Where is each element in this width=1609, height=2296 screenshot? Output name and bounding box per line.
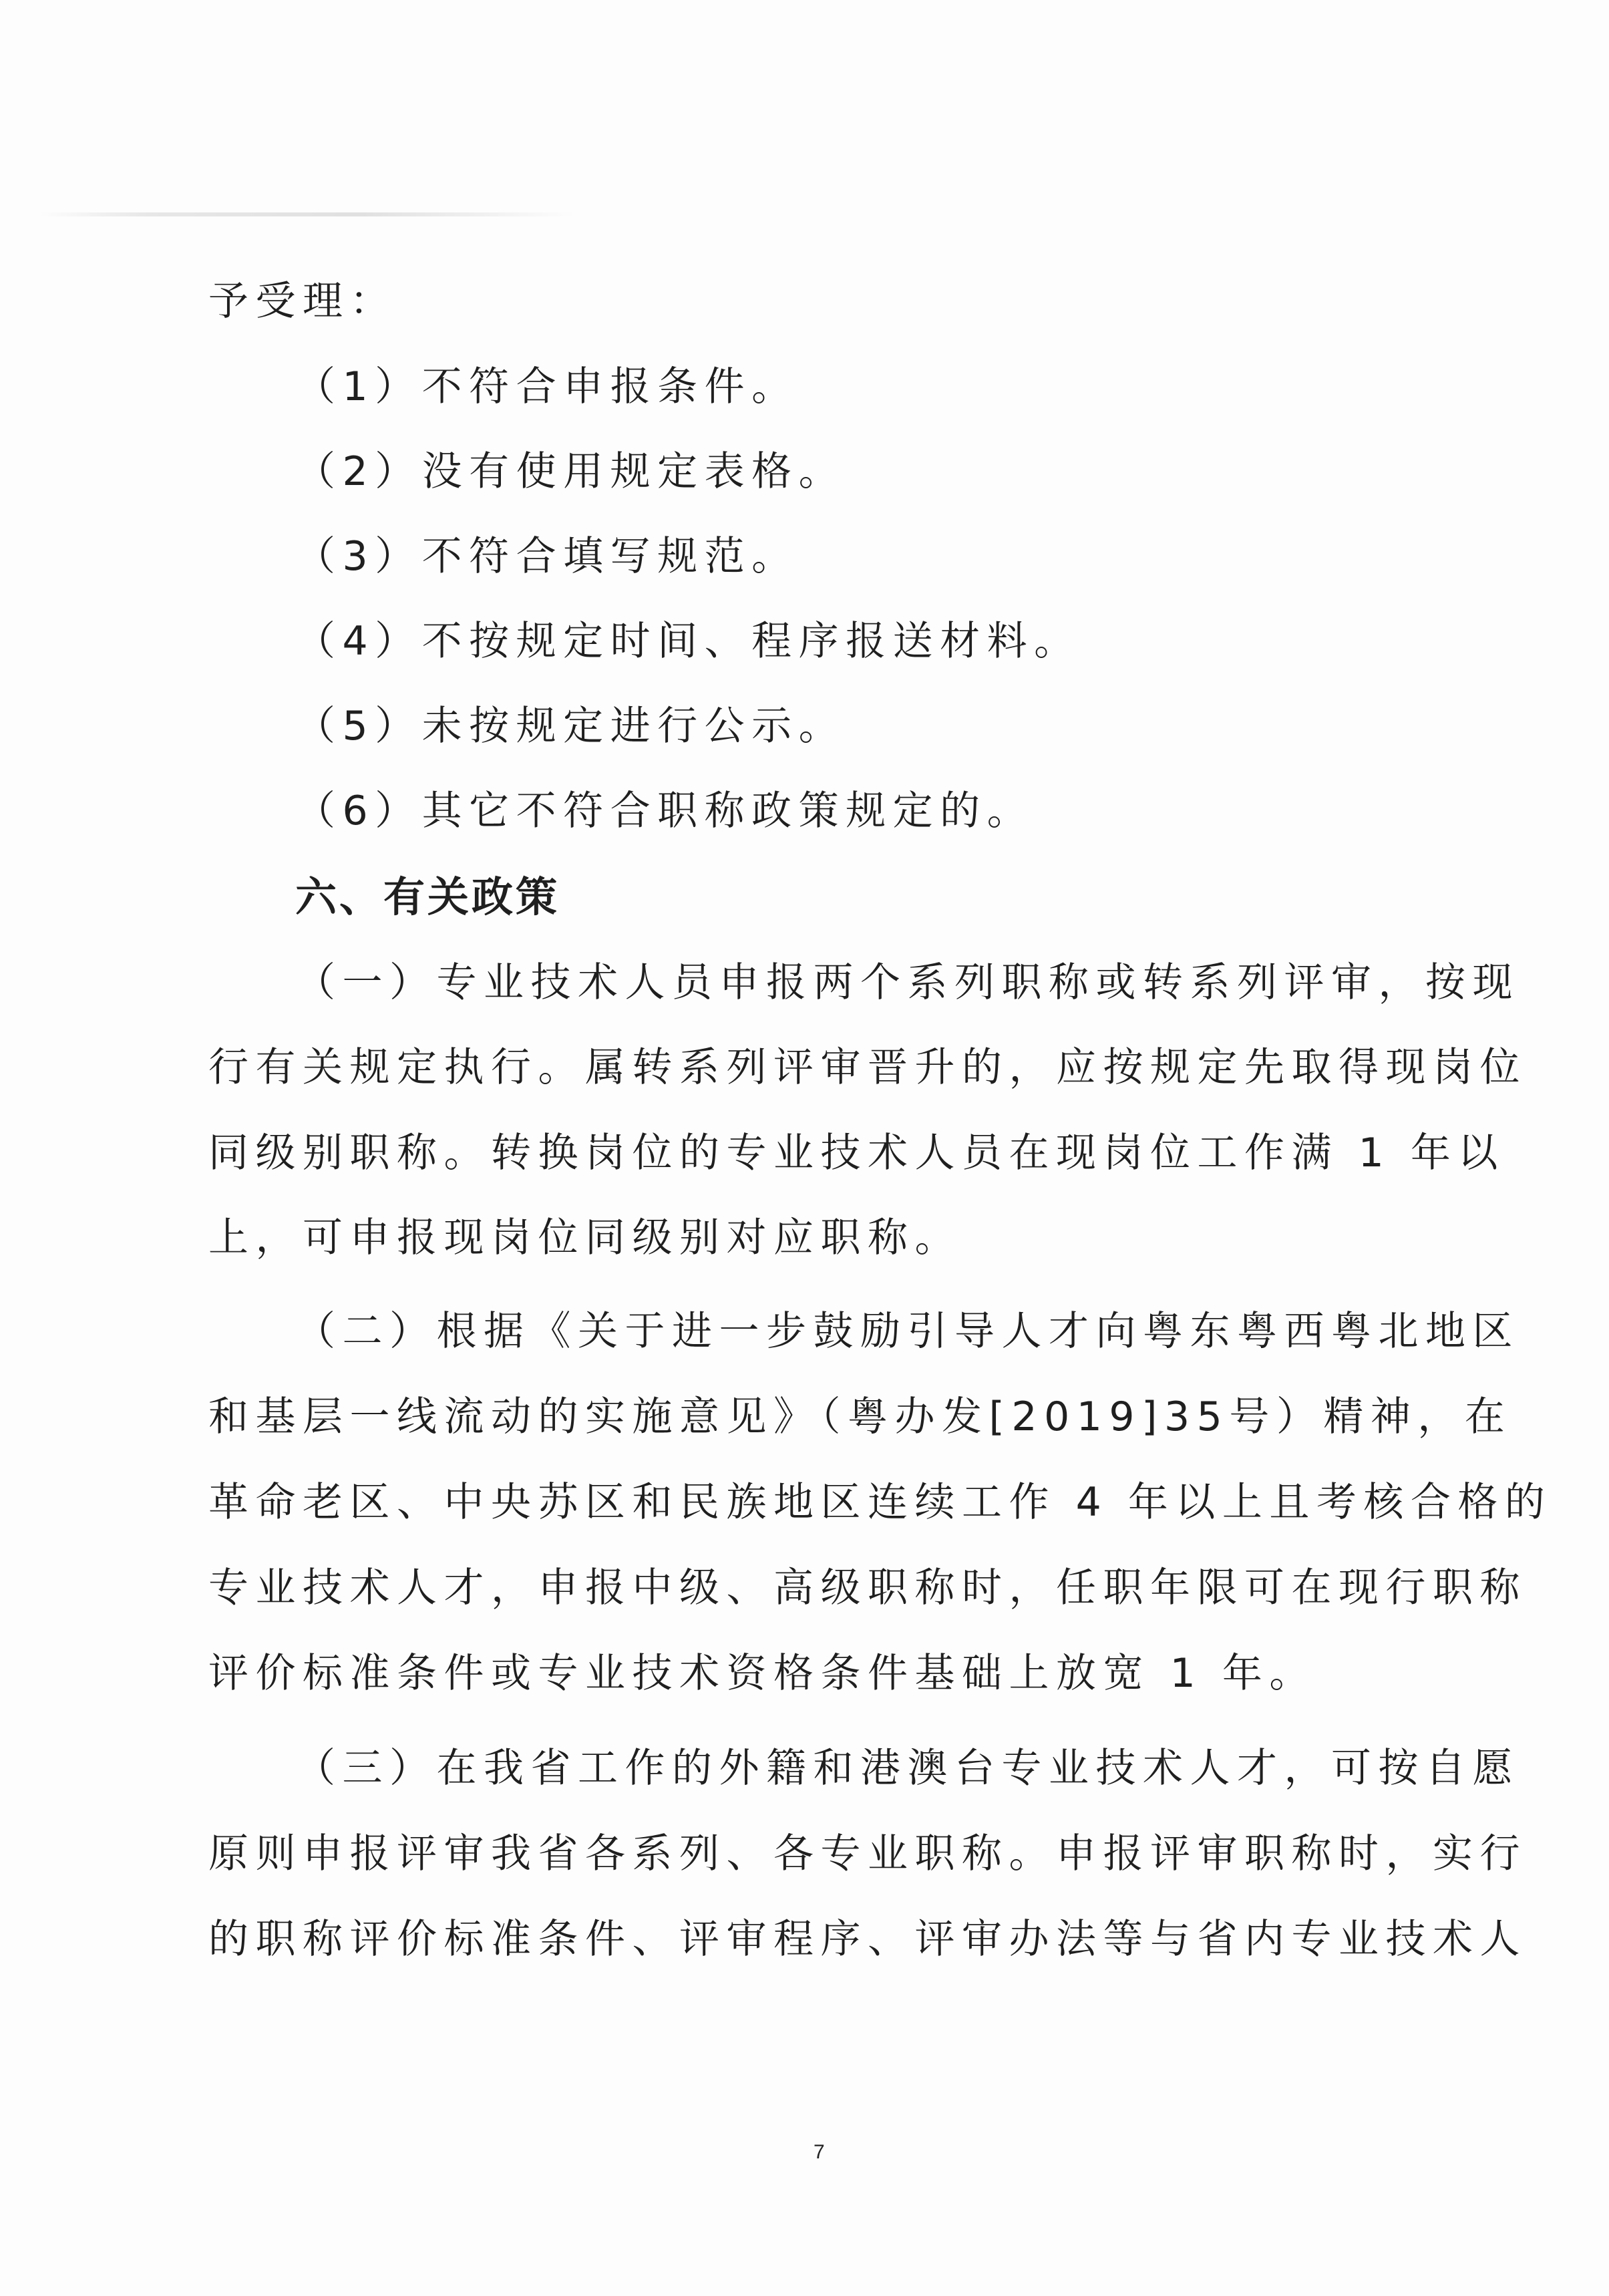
paragraph-2-line-3: 革命老区、中央苏区和民族地区连续工作 4 年以上且考核合格的 — [208, 1480, 1552, 1524]
paragraph-2-line-1: （二）根据《关于进一步鼓励引导人才向粤东粤西粤北地区 — [295, 1309, 1519, 1353]
section-heading: 六、有关政策 — [295, 875, 560, 919]
rejection-item-3: （3）不符合填写规范。 — [295, 534, 799, 579]
rejection-item-5: （5）未按规定进行公示。 — [295, 704, 846, 748]
paragraph-2-line-2: 和基层一线流动的实施意见》（粤办发[2019]35号）精神，在 — [208, 1395, 1511, 1439]
continuation-line: 予受理： — [208, 279, 397, 323]
page-number: 7 — [814, 2141, 825, 2164]
paragraph-2-line-4: 专业技术人才，申报中级、高级职称时，任职年限可在现行职称 — [208, 1566, 1527, 1610]
rejection-item-4: （4）不按规定时间、程序报送材料。 — [295, 619, 1081, 663]
paragraph-3-line-1: （三）在我省工作的外籍和港澳台专业技术人才，可按自愿 — [295, 1746, 1519, 1790]
scan-artifact — [40, 212, 574, 216]
paragraph-2-line-5: 评价标准条件或专业技术资格条件基础上放宽 1 年。 — [208, 1651, 1316, 1695]
paragraph-3-line-3: 的职称评价标准条件、评审程序、评审办法等与省内专业技术人 — [208, 1917, 1527, 1961]
rejection-item-1: （1）不符合申报条件。 — [295, 365, 799, 409]
document-page: 予受理： （1）不符合申报条件。 （2）没有使用规定表格。 （3）不符合填写规范… — [0, 0, 1609, 2296]
paragraph-1-line-4: 上，可申报现岗位同级别对应职称。 — [208, 1216, 962, 1260]
paragraph-3-line-2: 原则申报评审我省各系列、各专业职称。申报评审职称时，实行 — [208, 1832, 1527, 1876]
paragraph-1-line-3: 同级别职称。转换岗位的专业技术人员在现岗位工作满 1 年以 — [208, 1131, 1505, 1175]
rejection-item-2: （2）没有使用规定表格。 — [295, 450, 846, 494]
rejection-item-6: （6）其它不符合职称政策规定的。 — [295, 789, 1034, 833]
paragraph-1-line-1: （一）专业技术人员申报两个系列职称或转系列评审，按现 — [295, 961, 1519, 1005]
paragraph-1-line-2: 行有关规定执行。属转系列评审晋升的，应按规定先取得现岗位 — [208, 1045, 1527, 1090]
